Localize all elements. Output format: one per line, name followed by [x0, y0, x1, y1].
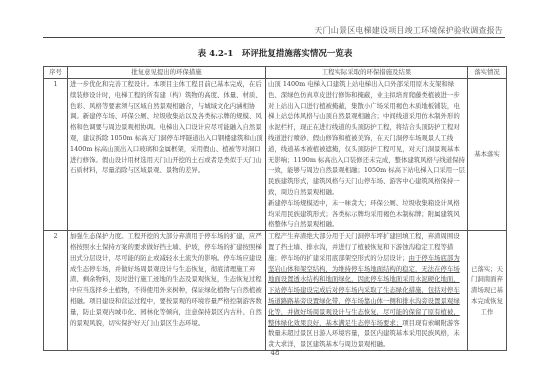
table-row: 1 进一步优化和完善工程设计。本项目主体工程目前已基本完成，在后续装修设计时，电…: [44, 79, 507, 231]
page-header: 天门山景区电梯建设项目竣工环境保护验收调查报告: [314, 25, 503, 36]
table-header-row: 序号 批复意见提出的环保措施 工程实际采取的环保措施及结果 落实情况: [44, 67, 507, 79]
measures-cell: 工程产生弃渣绝大部分用于天门洞停车坪扩建回填工程，弃渣周围设置了挡土墙、排水沟，…: [266, 231, 468, 351]
status-cell: 已落实；天门洞南面弃渣场现已基本完成恢复工作: [468, 231, 507, 351]
header-rule: [43, 37, 505, 38]
measures-paragraph: 新建停车场规模适中，未一味贪大；环保公厕、垃圾收集箱设计风格均采用民族建筑形式；…: [268, 198, 465, 230]
column-header-requirement: 批复意见提出的环保措施: [68, 67, 266, 79]
requirement-cell: 加强生态保护力度。工程开挖的大部分弃渣用于停车场的扩建，应严格按照水土保持方案的…: [68, 231, 266, 351]
measures-paragraph: 山顶 1400m 电梯入口建筑上站电梯出入口外部采用原木支架和绿色、深绿色仿真草…: [268, 79, 465, 198]
table-row: 2 加强生态保护力度。工程开挖的大部分弃渣用于停车场的扩建，应严格按照水土保持方…: [44, 231, 507, 351]
measures-table: 序号 批复意见提出的环保措施 工程实际采取的环保措施及结果 落实情况 1 进一步…: [43, 66, 507, 351]
column-header-status: 落实情况: [468, 67, 507, 79]
column-header-measures: 工程实际采取的环保措施及结果: [266, 67, 468, 79]
page-number: 48: [0, 349, 550, 357]
row-number: 2: [44, 231, 68, 351]
measures-underlined-text: 由于停车场底部为坚岩山体和架空结构，为维持停车场地面结构的稳定，无法在停车场地面…: [268, 254, 460, 327]
column-header-no: 序号: [44, 67, 68, 79]
requirement-cell: 进一步优化和完善工程设计。本项目主体工程目前已基本完成，在后续装修设计时，电梯工…: [68, 79, 266, 231]
status-cell: 基本落实: [468, 79, 507, 231]
row-number: 1: [44, 79, 68, 231]
table-title: 表 4.2-1 环评批复措施落实情况一览表: [0, 47, 550, 59]
measures-cell: 山顶 1400m 电梯入口建筑上站电梯出入口外部采用原木支架和绿色、深绿色仿真草…: [266, 79, 468, 231]
